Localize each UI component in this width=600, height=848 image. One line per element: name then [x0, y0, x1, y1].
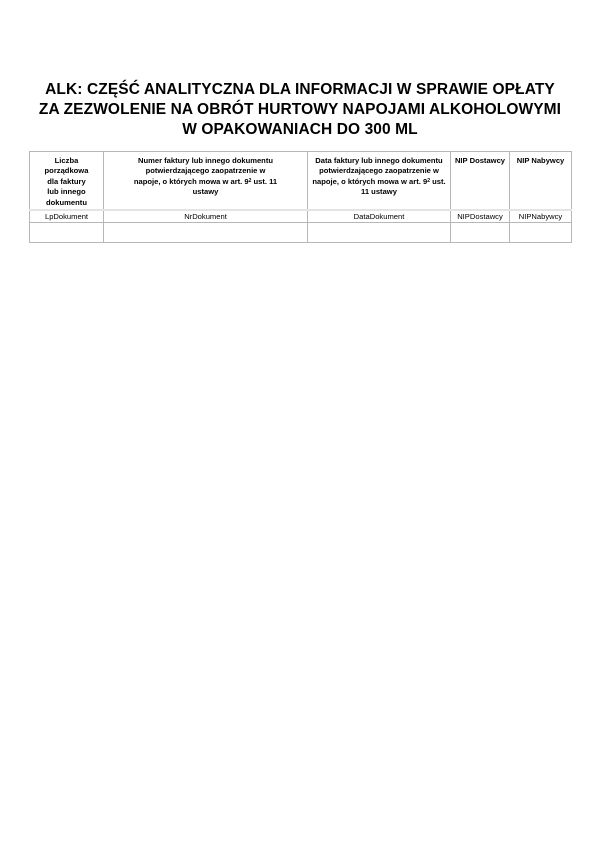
cell-nip-nabywcy-key: NIPNabywcy [510, 210, 572, 223]
header-nip-dostawcy-text: NIP Dostawcy [455, 156, 505, 165]
cell-lp [30, 223, 104, 243]
header-lp-text: Liczba porządkowa dla faktury lub innego… [45, 156, 89, 207]
cell-data-key: DataDokument [308, 210, 451, 223]
header-data-text: Data faktury lub innego dokumentu potwie… [312, 156, 442, 186]
header-nr-dokument: Numer faktury lub innego dokumentu potwi… [104, 152, 308, 211]
header-nip-nabywcy: NIP Nabywcy [510, 152, 572, 211]
cell-nip-dostawcy [451, 223, 510, 243]
title-line-3: W OPAKOWANIACH DO 300 ML [20, 120, 580, 140]
header-data-sup: 2 [427, 178, 430, 184]
analytics-table: Liczba porządkowa dla faktury lub innego… [29, 151, 572, 243]
cell-nr [104, 223, 308, 243]
header-data-dokument: Data faktury lub innego dokumentu potwie… [308, 152, 451, 211]
cell-nip-nabywcy [510, 223, 572, 243]
cell-nip-dostawcy-key: NIPDostawcy [451, 210, 510, 223]
field-key-row: LpDokument NrDokument DataDokument NIPDo… [30, 210, 572, 223]
title-line-1: ALK: CZĘŚĆ ANALITYCZNA DLA INFORMACJI W … [20, 80, 580, 100]
title-line-2: ZA ZEZWOLENIE NA OBRÓT HURTOWY NAPOJAMI … [20, 100, 580, 120]
document-title: ALK: CZĘŚĆ ANALITYCZNA DLA INFORMACJI W … [20, 80, 580, 140]
header-nr-sup: 2 [249, 178, 252, 184]
header-nip-dostawcy: NIP Dostawcy [451, 152, 510, 211]
header-row: Liczba porządkowa dla faktury lub innego… [30, 152, 572, 211]
header-nip-nabywcy-text: NIP Nabywcy [517, 156, 565, 165]
header-lp: Liczba porządkowa dla faktury lub innego… [30, 152, 104, 211]
cell-nr-key: NrDokument [104, 210, 308, 223]
table-row [30, 223, 572, 243]
cell-data [308, 223, 451, 243]
cell-lp-key: LpDokument [30, 210, 104, 223]
